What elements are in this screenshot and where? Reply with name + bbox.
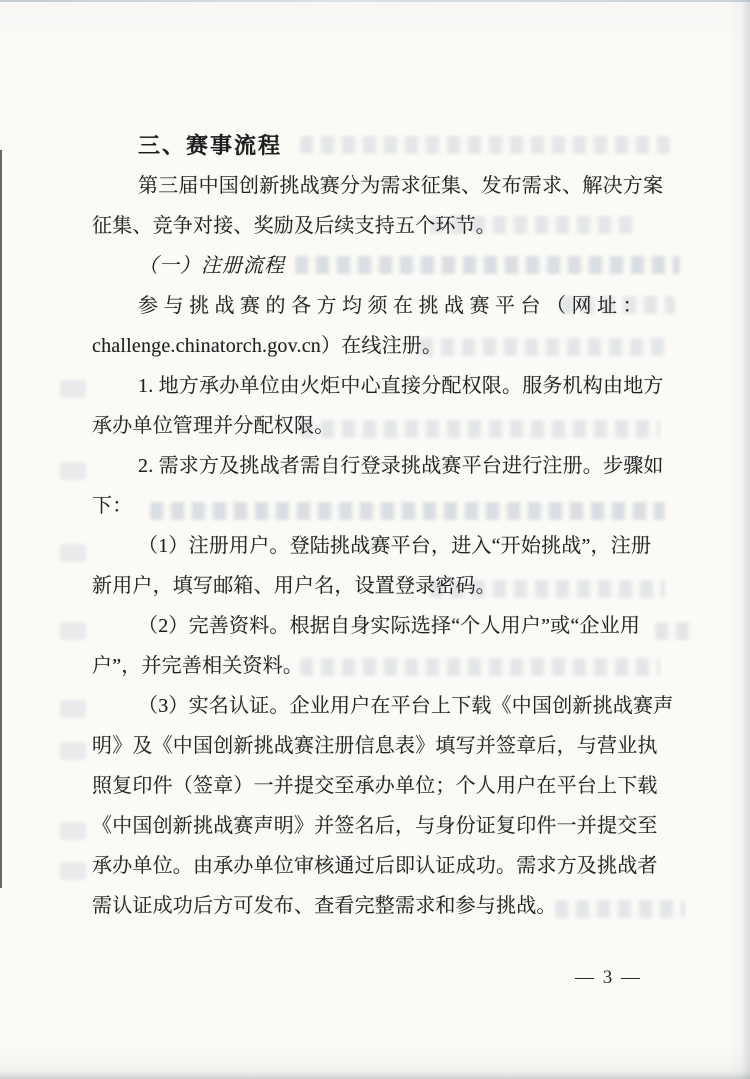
text-line-3: 征集、竞争对接、奖励及后续支持五个环节。 [0,206,750,246]
text-line-20: 需认证成功后方可发布、查看完整需求和参与挑战。 [0,886,750,926]
text-line-2: 第三届中国创新挑战赛分为需求征集、发布需求、解决方案 [0,166,750,206]
scan-edge-top [0,0,750,2]
text-line-17: 照复印件（签章）一并提交至承办单位；个人用户在平台上下载 [0,766,750,806]
text-line-11: （1）注册用户。登陆挑战赛平台，进入“开始挑战”，注册 [0,526,750,566]
text-line-6: challenge.chinatorch.gov.cn）在线注册。 [0,326,750,366]
text-line-12: 新用户，填写邮箱、用户名，设置登录密码。 [0,566,750,606]
text-line-14: 户”，并完善相关资料。 [0,646,750,686]
text-line-15: （3）实名认证。企业用户在平台上下载《中国创新挑战赛声 [0,686,750,726]
text-line-13: （2）完善资料。根据自身实际选择“个人用户”或“企业用 [0,606,750,646]
text-line-18: 《中国创新挑战赛声明》并签名后，与身份证复印件一并提交至 [0,806,750,846]
text-line-4: （一）注册流程 [0,246,750,286]
text-line-9: 2. 需求方及挑战者需自行登录挑战赛平台进行注册。步骤如 [0,446,750,486]
scan-edge-bottom [0,1071,750,1079]
document-body: 三、赛事流程第三届中国创新挑战赛分为需求征集、发布需求、解决方案征集、竞争对接、… [0,126,750,926]
text-line-8: 承办单位管理并分配权限。 [0,406,750,446]
text-line-10: 下： [0,486,750,526]
text-line-1: 三、赛事流程 [0,126,750,166]
text-line-7: 1. 地方承办单位由火炬中心直接分配权限。服务机构由地方 [0,366,750,406]
page-number: — 3 — [575,958,642,998]
text-line-16: 明》及《中国创新挑战赛注册信息表》填写并签章后，与营业执 [0,726,750,766]
text-line-5: 参与挑战赛的各方均须在挑战赛平台（网址： [0,286,750,326]
text-line-19: 承办单位。由承办单位审核通过后即认证成功。需求方及挑战者 [0,846,750,886]
